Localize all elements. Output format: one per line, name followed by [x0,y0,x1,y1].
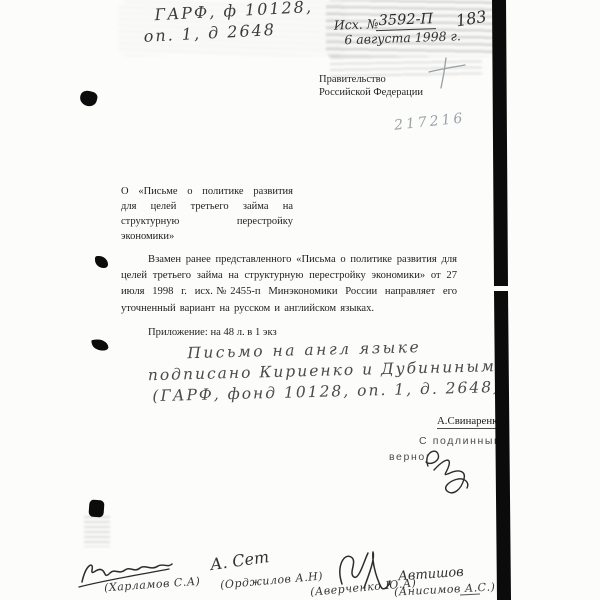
scan-edge-bar [0,0,600,600]
scanned-document-page: ГАРФ, ф 10128, оп. 1, д 2648 Исх. № 3592… [0,0,600,600]
